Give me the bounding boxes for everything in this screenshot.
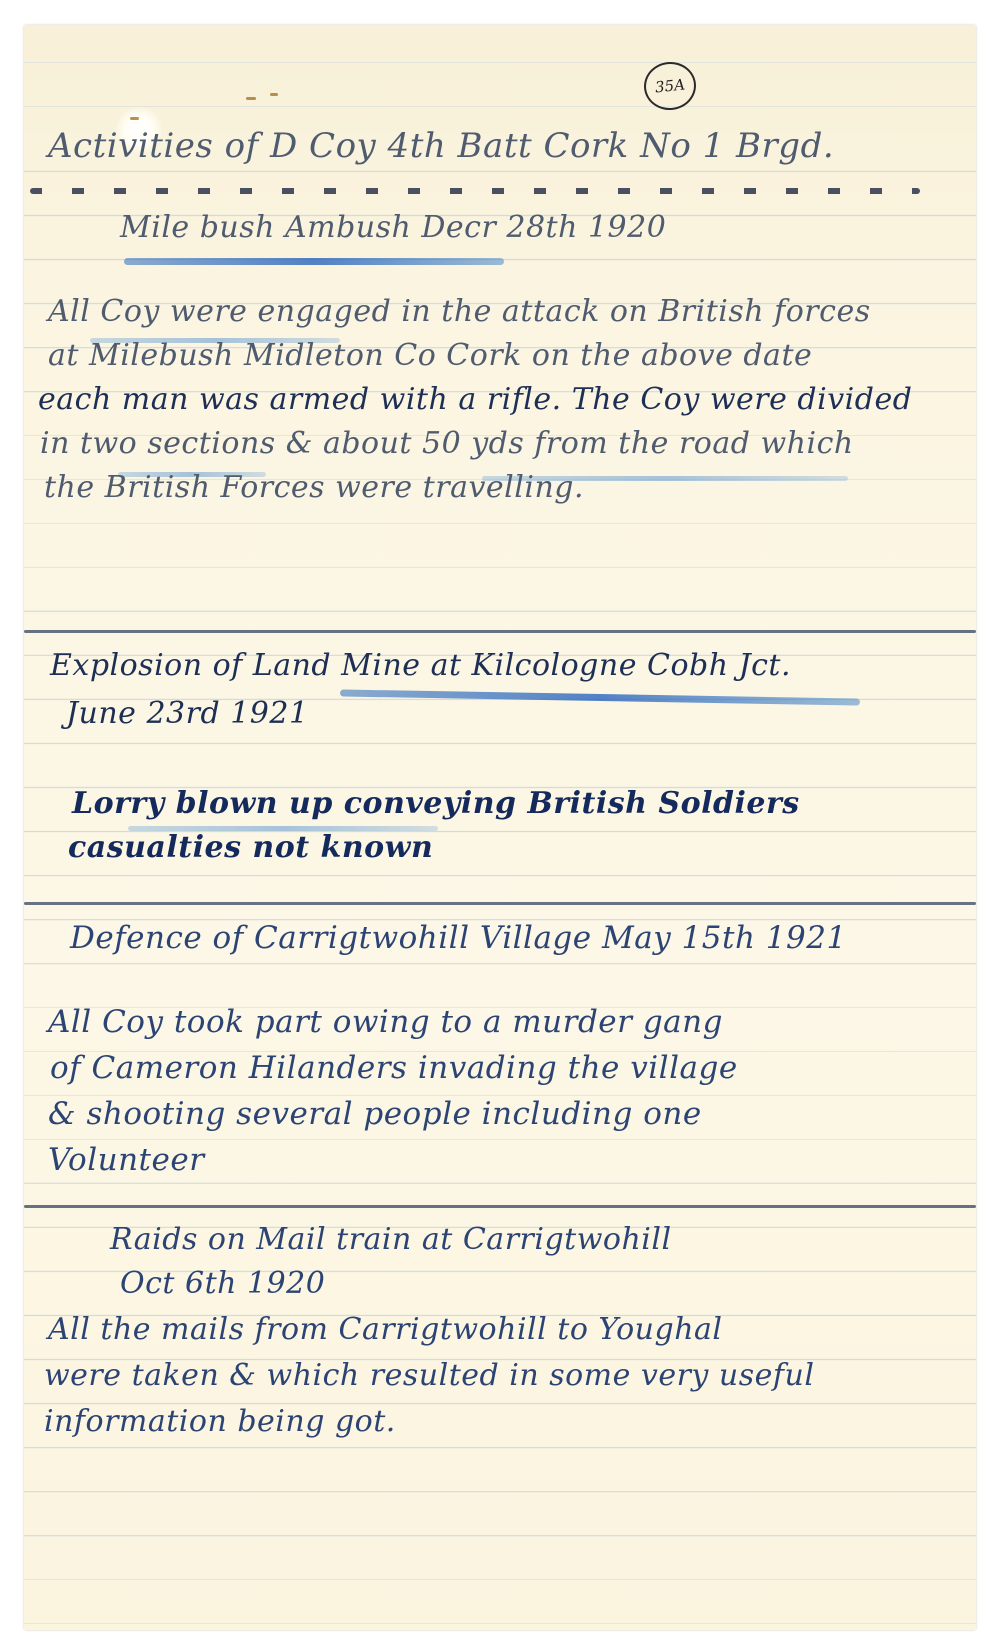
body-line: each man was armed with a rifle. The Coy… [38,382,912,417]
body-line: & shooting several people including one [48,1096,702,1132]
rust-mark [130,117,139,120]
section-heading-date: June 23rd 1921 [66,696,309,731]
section-heading: Raids on Mail train at Carrigtwohill [110,1222,672,1257]
body-line: in two sections & about 50 yds from the … [40,426,854,461]
section-heading: Mile bush Ambush Decr 28th 1920 [120,210,666,245]
rust-mark [270,93,278,96]
body-line: were taken & which resulted in some very… [44,1358,814,1393]
body-line: All Coy were engaged in the attack on Br… [48,294,871,329]
body-line: at Milebush Midleton Co Cork on the abov… [48,338,812,373]
section-divider [24,630,976,633]
section-divider [24,1205,976,1208]
rust-mark [246,97,256,100]
section-heading: Defence of Carrigtwohill Village May 15t… [70,920,847,956]
body-line: the British Forces were travelling. [44,470,584,505]
body-line: All Coy took part owing to a murder gang [48,1004,723,1040]
section-heading-date: Oct 6th 1920 [120,1266,325,1301]
body-line: Volunteer [48,1142,205,1178]
document-title: Activities of D Coy 4th Batt Cork No 1 B… [48,126,834,166]
body-line: information being got. [44,1404,396,1439]
body-line: casualties not known [68,830,433,865]
body-line: All the mails from Carrigtwohill to Youg… [48,1312,723,1347]
section-heading: Explosion of Land Mine at Kilcologne Cob… [50,648,791,683]
body-line: Lorry blown up conveying British Soldier… [72,786,800,821]
blue-crayon-underline [124,258,504,265]
dashed-separator [30,188,920,194]
body-line: of Cameron Hilanders invading the villag… [50,1050,738,1086]
section-divider [24,902,976,905]
